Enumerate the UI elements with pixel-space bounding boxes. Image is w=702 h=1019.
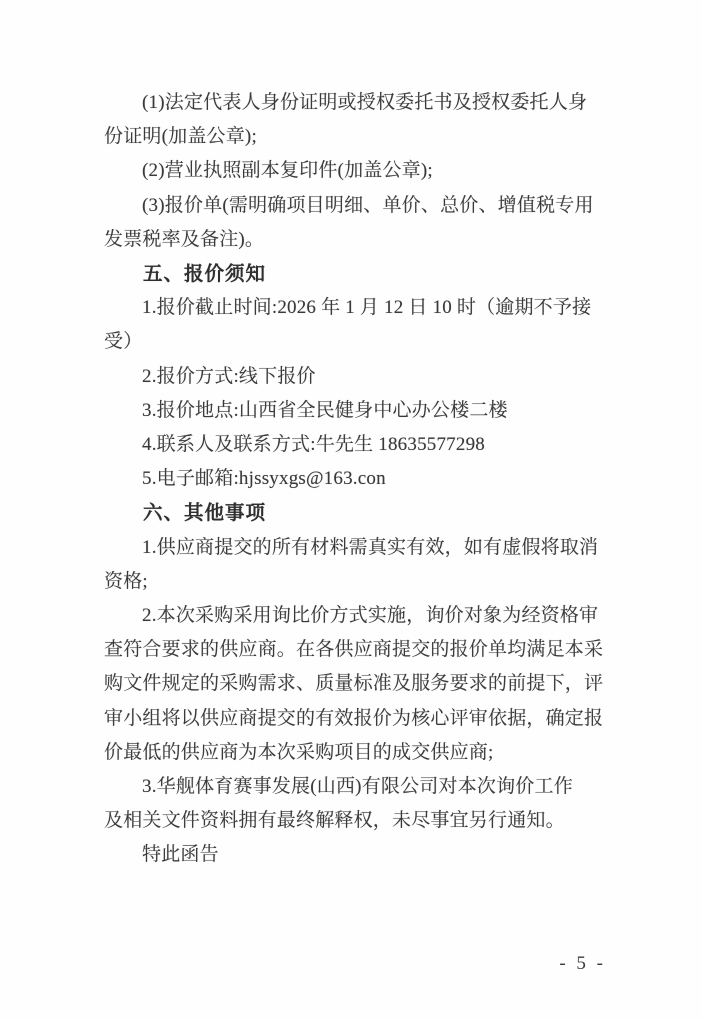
page-number: - 5 -: [559, 953, 606, 975]
paragraph-email: 5.电子邮箱:hjssyxgs@163.con: [104, 462, 606, 496]
paragraph-quote-location: 3.报价地点:山西省全民健身中心办公楼二楼: [104, 394, 606, 428]
paragraph-contact: 4.联系人及联系方式:牛先生 18635577298: [104, 428, 606, 462]
paragraph-deadline: 1.报价截止时间:2026 年 1 月 12 日 10 时（逾期不予接 受）: [104, 291, 606, 359]
document-page: (1)法定代表人身份证明或授权委托书及授权委托人身 份证明(加盖公章); (2)…: [0, 0, 702, 1019]
paragraph-attachment-1: (1)法定代表人身份证明或授权委托书及授权委托人身 份证明(加盖公章);: [104, 86, 606, 154]
paragraph-other-1: 1.供应商提交的所有材料需真实有效，如有虚假将取消 资格;: [104, 531, 606, 599]
section-heading-other-matters: 六、其他事项: [104, 496, 606, 530]
paragraph-attachment-2: (2)营业执照副本复印件(加盖公章);: [104, 154, 606, 188]
document-body: (1)法定代表人身份证明或授权委托书及授权委托人身 份证明(加盖公章); (2)…: [104, 86, 606, 873]
paragraph-closing: 特此函告: [104, 838, 606, 872]
paragraph-other-2: 2.本次采购采用询比价方式实施，询价对象为经资格审 查符合要求的供应商。在各供应…: [104, 599, 606, 770]
paragraph-other-3: 3.华舰体育赛事发展(山西)有限公司对本次询价工作 及相关文件资料拥有最终解释权…: [104, 770, 606, 838]
section-heading-quotation-notes: 五、报价须知: [104, 257, 606, 291]
paragraph-attachment-3: (3)报价单(需明确项目明细、单价、总价、增值税专用 发票税率及备注)。: [104, 189, 606, 257]
paragraph-quote-method: 2.报价方式:线下报价: [104, 360, 606, 394]
